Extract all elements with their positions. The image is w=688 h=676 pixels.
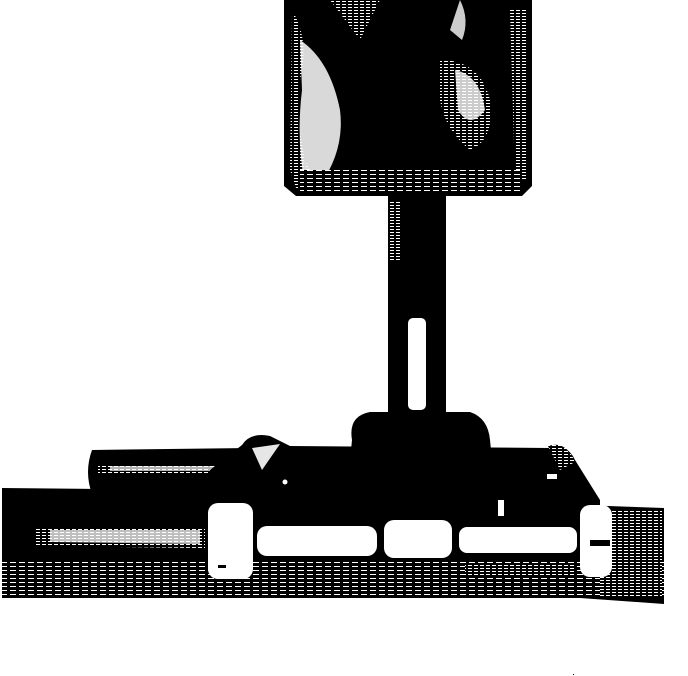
speck (573, 674, 574, 675)
rod-slot (408, 318, 426, 410)
photo-scene (0, 0, 688, 676)
vertical-rod (388, 196, 446, 416)
top-block (284, 0, 532, 196)
